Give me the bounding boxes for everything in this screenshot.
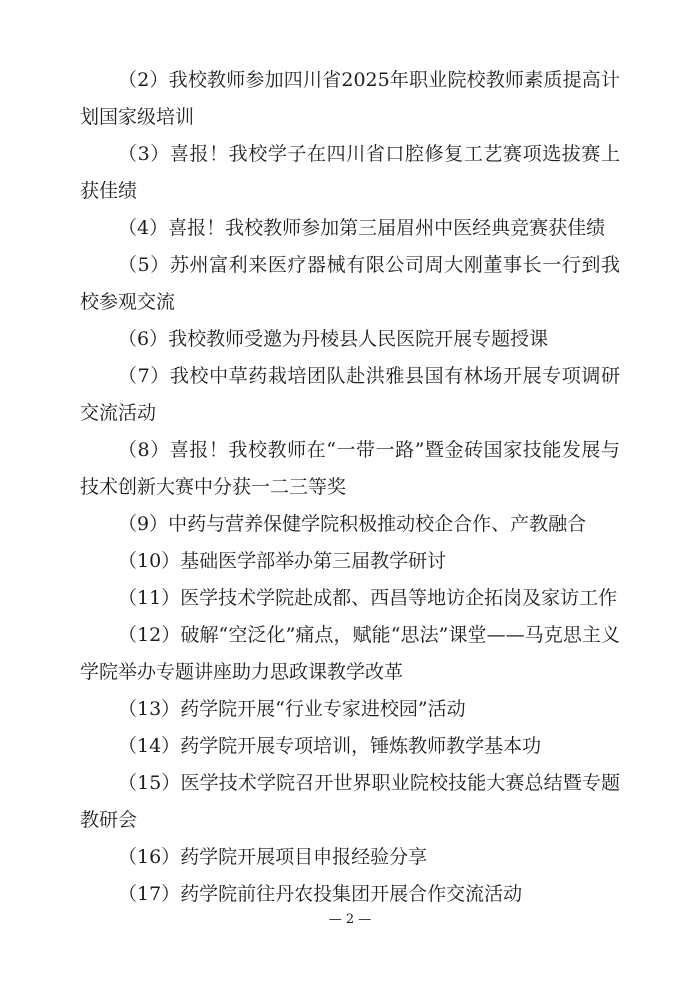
news-list: （2）我校教师参加四川省2025年职业院校教师素质提高计划国家级培训 （3）喜报… bbox=[0, 0, 700, 913]
news-item: （3）喜报！我校学子在四川省口腔修复工艺赛项选拔赛上获佳绩 bbox=[80, 136, 620, 210]
news-item: （4）喜报！我校教师参加第三届眉州中医经典竞赛获佳绩 bbox=[80, 210, 620, 247]
news-item: （16）药学院开展项目申报经验分享 bbox=[80, 839, 620, 876]
news-item: （6）我校教师受邀为丹棱县人民医院开展专题授课 bbox=[80, 321, 620, 358]
news-item: （10）基础医学部举办第三届教学研讨 bbox=[80, 543, 620, 580]
news-item: （11）医学技术学院赴成都、西昌等地访企拓岗及家访工作 bbox=[80, 580, 620, 617]
news-item: （14）药学院开展专项培训，锤炼教师教学基本功 bbox=[80, 728, 620, 765]
news-item: （13）药学院开展“行业专家进校园”活动 bbox=[80, 691, 620, 728]
news-item: （8）喜报！我校教师在“一带一路”暨金砖国家技能发展与技术创新大赛中分获一二三等… bbox=[80, 432, 620, 506]
page-number: — 2 — bbox=[0, 910, 700, 930]
news-item: （2）我校教师参加四川省2025年职业院校教师素质提高计划国家级培训 bbox=[80, 62, 620, 136]
news-item: （12）破解“空泛化”痛点，赋能“思法”课堂——马克思主义学院举办专题讲座助力思… bbox=[80, 617, 620, 691]
news-item: （5）苏州富利来医疗器械有限公司周大刚董事长一行到我校参观交流 bbox=[80, 247, 620, 321]
news-item: （17）药学院前往丹农投集团开展合作交流活动 bbox=[80, 876, 620, 913]
news-item: （9）中药与营养保健学院积极推动校企合作、产教融合 bbox=[80, 506, 620, 543]
news-item: （15）医学技术学院召开世界职业院校技能大赛总结暨专题教研会 bbox=[80, 765, 620, 839]
document-page: （2）我校教师参加四川省2025年职业院校教师素质提高计划国家级培训 （3）喜报… bbox=[0, 0, 700, 989]
news-item: （7）我校中草药栽培团队赴洪雅县国有林场开展专项调研交流活动 bbox=[80, 358, 620, 432]
